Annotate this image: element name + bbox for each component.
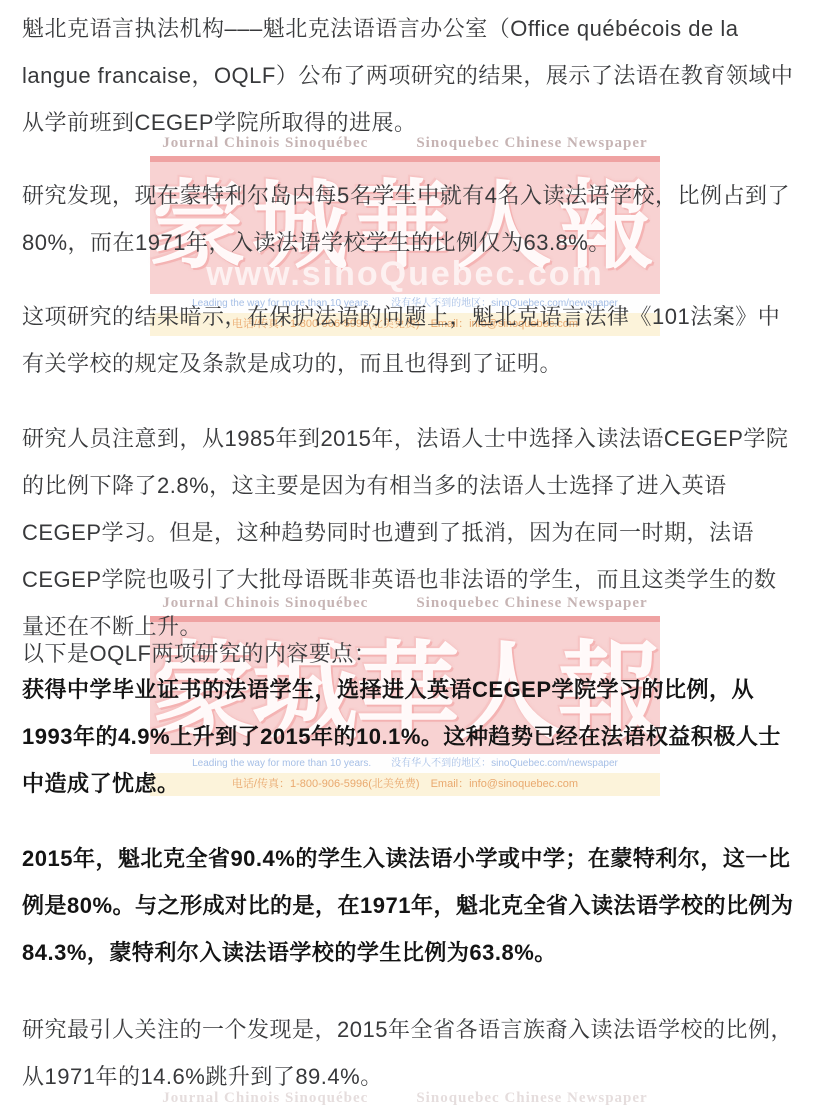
article-paragraph: 研究最引人关注的一个发现是，2015年全省各语言族裔入读法语学校的比例，从197…	[22, 1006, 798, 1100]
article-body: 魁北克语言执法机构–––魁北克法语语言办公室（Office québécois …	[0, 0, 818, 1105]
article-paragraph: 魁北克语言执法机构–––魁北克法语语言办公室（Office québécois …	[22, 5, 798, 146]
article-paragraph-bold: 获得中学毕业证书的法语学生，选择进入英语CEGEP学院学习的比例，从1993年的…	[22, 666, 798, 807]
article-paragraph: 研究发现，现在蒙特利尔岛内每5名学生中就有4名入读法语学校，比例占到了80%，而…	[22, 172, 798, 266]
article-paragraph-bold: 2015年，魁北克全省90.4%的学生入读法语小学或中学；在蒙特利尔，这一比例是…	[22, 835, 798, 976]
article-page: Journal Chinois Sinoquébec Sinoquebec Ch…	[0, 0, 818, 1105]
article-paragraph: 这项研究的结果暗示，在保护法语的问题上，魁北克语言法律《101法案》中有关学校的…	[22, 293, 798, 387]
article-paragraph: 研究人员注意到，从1985年到2015年，法语人士中选择入读法语CEGEP学院的…	[22, 415, 798, 650]
